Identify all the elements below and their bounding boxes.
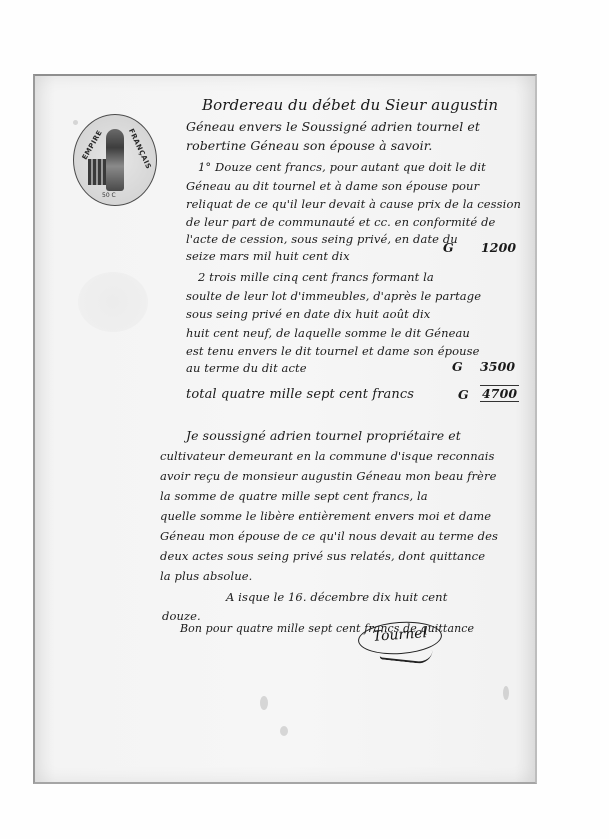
item1-line-2: Géneau au dit tournel et à dame son épou… <box>186 179 479 193</box>
item1-currency-mark: G <box>443 240 454 255</box>
heading-line-3: robertine Géneau son épouse à savoir. <box>186 138 433 153</box>
item2-line-1: 2 trois mille cinq cent francs formant l… <box>198 270 434 284</box>
receipt-line-6: Géneau mon épouse de ce qu'il nous devai… <box>160 529 498 543</box>
paper-stain <box>280 726 288 736</box>
dateline-line-2: douze. <box>162 609 201 623</box>
receipt-line-8: la plus absolue. <box>160 569 252 583</box>
receipt-line-7: deux actes sous seing privé sus relatés,… <box>160 549 485 563</box>
receipt-line-5: quelle somme le libère entièrement enver… <box>160 509 491 523</box>
total-amount: 4700 <box>480 385 519 402</box>
receipt-line-3: avoir reçu de monsieur augustin Géneau m… <box>160 469 496 483</box>
item1-line-6: seize mars mil huit cent dix <box>186 249 350 263</box>
dateline-line-1: A isque le 16. décembre dix huit cent <box>226 590 447 604</box>
paper-stain <box>260 696 268 710</box>
item2-line-5: est tenu envers le dit tournel et dame s… <box>186 344 480 358</box>
stamp-value: 50 C <box>102 192 116 199</box>
total-currency-mark: G <box>458 387 469 402</box>
item1-line-3: reliquat de ce qu'il leur devait à cause… <box>186 197 521 211</box>
item1-line-4: de leur part de communauté et cc. en con… <box>186 215 495 229</box>
item1-amount: 1200 <box>481 240 516 255</box>
faded-seal-impression <box>78 272 148 332</box>
receipt-line-2: cultivateur demeurant en la commune d'is… <box>160 449 495 463</box>
scanned-page: EMPIRE FRANÇAIS 50 C Bordereau du débet … <box>0 0 609 839</box>
signature-name: Tournel <box>372 625 427 645</box>
stamp-allegorical-figure-icon <box>106 129 124 191</box>
paper-stain <box>503 686 509 700</box>
total-label: total quatre mille sept cent francs <box>186 387 414 402</box>
item2-currency-mark: G <box>452 359 463 374</box>
item2-line-4: huit cent neuf, de laquelle somme le dit… <box>186 326 470 340</box>
stamp-text-francais: FRANÇAIS <box>127 128 153 171</box>
item2-amount: 3500 <box>480 359 515 374</box>
tax-stamp-seal: EMPIRE FRANÇAIS 50 C <box>73 114 157 206</box>
heading-line-1: Bordereau du débet du Sieur augustin <box>202 96 498 114</box>
item2-line-3: sous seing privé en date dix huit août d… <box>186 307 430 321</box>
receipt-line-1: Je soussigné adrien tournel propriétaire… <box>186 428 461 443</box>
stamp-building-icon <box>88 159 106 185</box>
stamp-text-empire: EMPIRE <box>81 129 104 161</box>
heading-line-2: Géneau envers le Soussigné adrien tourne… <box>186 119 480 134</box>
item2-line-6: au terme du dit acte <box>186 361 307 375</box>
item1-line-1: 1° Douze cent francs, pour autant que do… <box>198 160 486 174</box>
item1-line-5: l'acte de cession, sous seing privé, en … <box>186 232 458 246</box>
item2-line-2: soulte de leur lot d'immeubles, d'après … <box>186 289 481 303</box>
ink-spot <box>73 120 78 125</box>
receipt-line-4: la somme de quatre mille sept cent franc… <box>160 489 428 503</box>
